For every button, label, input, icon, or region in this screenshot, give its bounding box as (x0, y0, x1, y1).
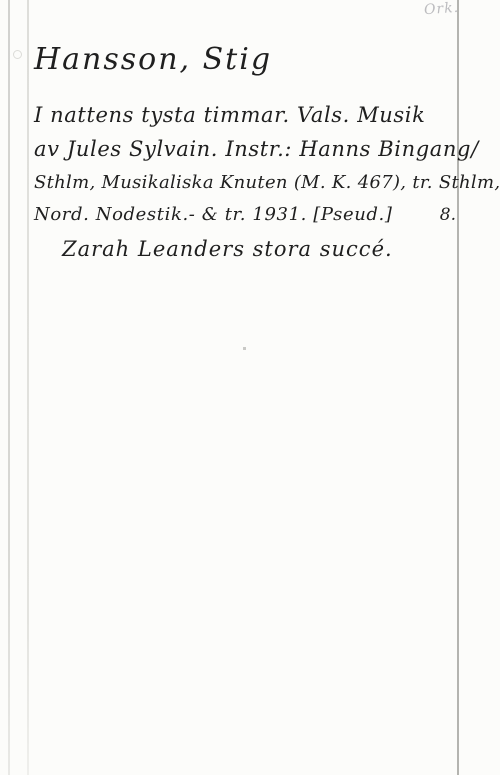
catalog-card-scan: Ork. Hansson, Stig I nattens tysta timma… (0, 0, 500, 775)
body-line-publisher: Sthlm, Musikaliska Knuten (M. K. 467), t… (34, 172, 500, 193)
print-year-text: Nord. Nodestik.- & tr. 1931. [Pseud.] (34, 204, 392, 225)
right-number: 8. (440, 205, 456, 225)
inner-margin-rule (27, 0, 29, 775)
card-heading-composer-name: Hansson, Stig (34, 42, 272, 77)
body-line-composer-arranger: av Jules Sylvain. Instr.: Hanns Bingang/ (34, 137, 479, 161)
scan-dot-artifact (243, 347, 246, 350)
note-line-zarah-leander: Zarah Leanders stora succé. (62, 237, 393, 261)
smudge-mark (13, 50, 22, 59)
card-right-edge-rule (457, 0, 459, 775)
body-line-print-year: Nord. Nodestik.- & tr. 1931. [Pseud.] 8. (34, 204, 456, 225)
body-line-title: I nattens tysta timmar. Vals. Musik (34, 103, 425, 127)
pencil-annotation: Ork. (423, 0, 459, 18)
left-margin-rule (8, 0, 10, 775)
